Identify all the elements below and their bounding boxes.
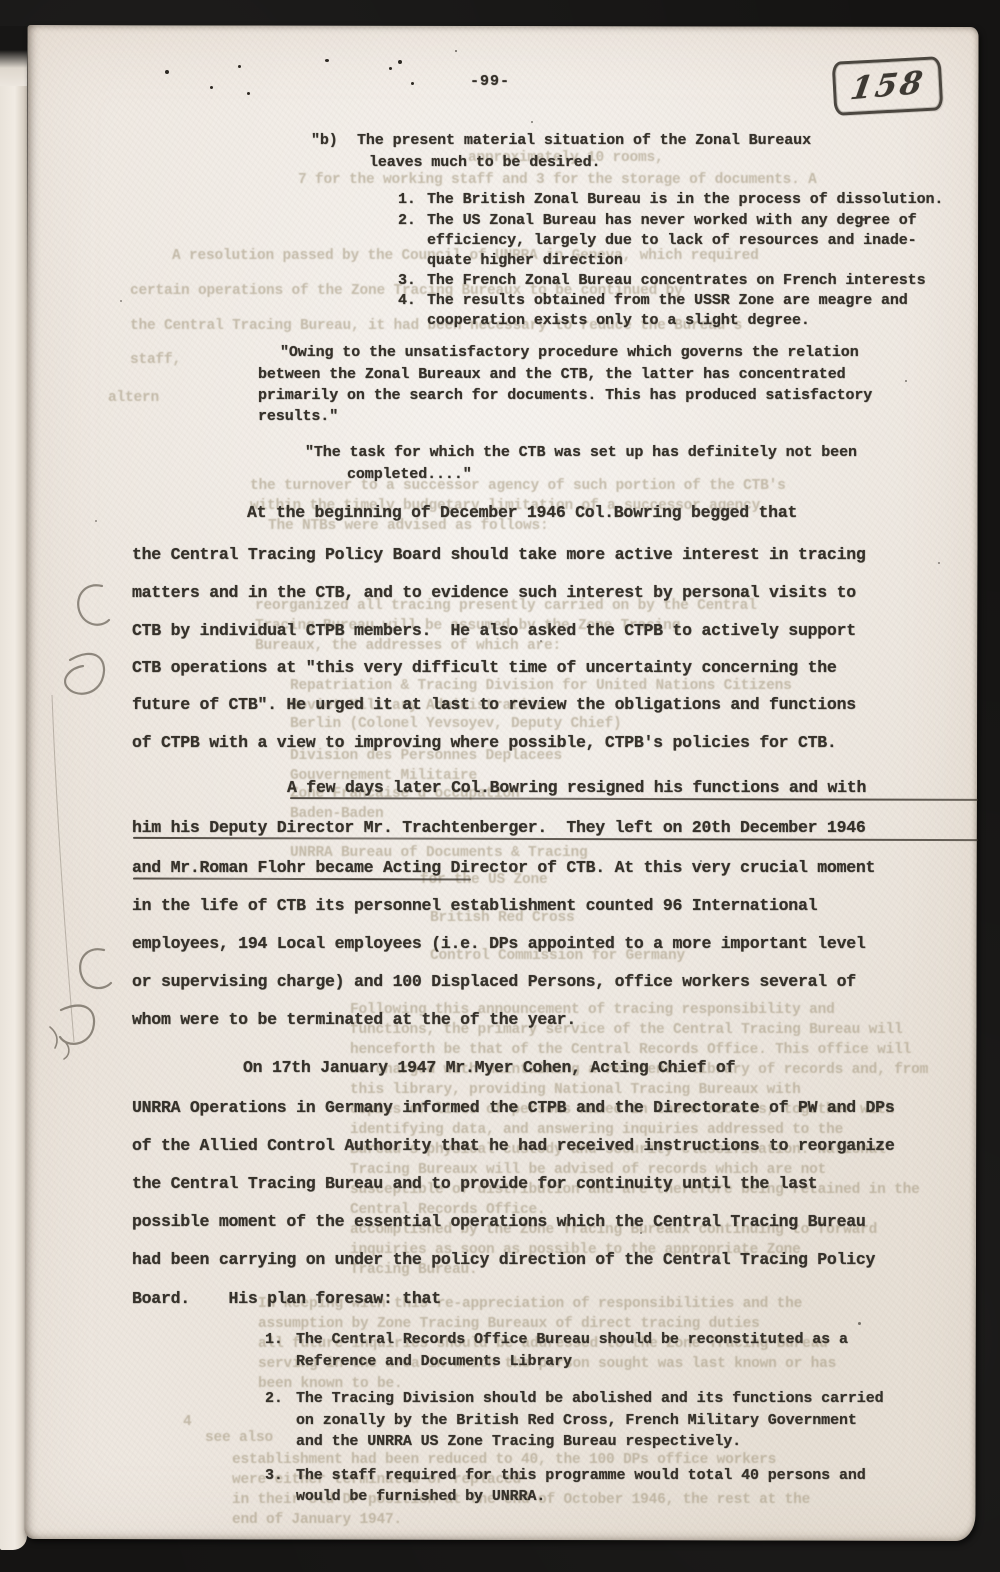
body-line: of the Allied Control Authority that he … xyxy=(132,1138,894,1155)
ink-speck xyxy=(540,640,542,642)
list1-item-number: 4. xyxy=(398,293,416,308)
bleed-through-text-line: end of January 1947. xyxy=(232,1512,402,1528)
list2-item-line: The Central Records Office Bureau should… xyxy=(296,1332,848,1347)
bleed-through-text-line: Berlin (Colonel Yevsoyev, Deputy Chief) xyxy=(290,716,622,732)
list1-item-number: 1. xyxy=(398,192,416,207)
list1-item-number: 3. xyxy=(398,273,416,288)
ink-speck xyxy=(210,86,213,89)
list2-item-line: would be furnished by UNRRA. xyxy=(296,1489,545,1504)
bleed-through-text-line: this library, providing National Tracing… xyxy=(350,1082,801,1098)
body-line: and Mr.Roman Flohr became Acting Directo… xyxy=(132,860,875,877)
list1-item-line: efficiency, largely due to lack of resou… xyxy=(427,233,917,248)
quote-b-line: leaves much to be desired. xyxy=(369,155,600,170)
underlying-page-edge xyxy=(0,84,27,1550)
body-line: employees, 194 Local employees (i.e. DPs… xyxy=(132,936,866,953)
body-line: had been carrying on under the policy di… xyxy=(132,1252,875,1269)
bleed-through-text-line: henceforth be that of the Central Record… xyxy=(350,1042,911,1058)
ink-speck xyxy=(858,1322,861,1325)
list2-item-line: The Tracing Division should be abolished… xyxy=(296,1391,884,1406)
list1-item-line: The results obtained from the USSR Zone … xyxy=(427,293,908,308)
bleed-through-text-line: assumption by Zone Tracing Bureaux of di… xyxy=(258,1316,760,1332)
list1-item-line: The French Zonal Bureau concentrates on … xyxy=(427,273,925,288)
bleed-through-text-line: 4 xyxy=(183,1414,192,1430)
body-line: A few days later Col.Bowring resigned hi… xyxy=(287,780,866,797)
body-line: whom were to be terminated at the of the… xyxy=(132,1012,576,1029)
bleed-through-text-line: 7 for the working staff and 3 for the st… xyxy=(298,172,817,188)
body-line: UNRRA Operations in Germany informed the… xyxy=(132,1100,894,1117)
quote-owing-line: between the Zonal Bureaux and the CTB, t… xyxy=(258,367,846,382)
ink-speck xyxy=(455,50,457,52)
ink-speck xyxy=(247,92,250,95)
ink-speck xyxy=(95,520,97,522)
bleed-through-text-line: Repatriation & Tracing Division for Unit… xyxy=(290,678,792,694)
list2-item-line: Reference and Documents Library xyxy=(296,1354,572,1369)
ink-speck xyxy=(238,65,241,68)
body-line: Board. His plan foresaw: that xyxy=(132,1291,441,1308)
quote-b-label: "b) xyxy=(311,133,338,148)
bleed-through-text-line: Bureaux, the addresses of which are: xyxy=(255,638,561,654)
body-line: or supervising charge) and 100 Displaced… xyxy=(132,974,856,991)
ink-speck xyxy=(120,300,122,302)
quote-task-line: completed...." xyxy=(347,467,472,482)
ink-speck xyxy=(325,59,329,62)
body-line: the Central Tracing Bureau and to provid… xyxy=(132,1176,817,1193)
list2-item-number: 3. xyxy=(265,1468,283,1483)
body-line: CTB operations at "this very difficult t… xyxy=(132,660,837,677)
body-line: possible moment of the essential operati… xyxy=(132,1214,866,1231)
ink-speck xyxy=(411,82,414,85)
bleed-through-text-line: the turnover to a successor agency of su… xyxy=(250,478,786,494)
ink-speck xyxy=(398,60,402,64)
ink-speck xyxy=(905,380,907,382)
stamp-number: 158 xyxy=(848,65,928,108)
list2-item-number: 2. xyxy=(265,1391,283,1406)
body-line: CTB by individual CTPB members. He also … xyxy=(132,623,856,640)
document-scan: approximately 10 rooms,7 for the working… xyxy=(0,0,1000,1572)
page-stamp: 158 xyxy=(832,56,944,116)
list1-item-number: 2. xyxy=(398,213,416,228)
body-line: in the life of CTB its personnel establi… xyxy=(132,898,817,915)
ink-speck xyxy=(938,562,940,564)
quote-b-line: The present material situation of the Zo… xyxy=(357,133,811,148)
list2-item-line: on zonally by the British Red Cross, Fre… xyxy=(296,1413,857,1428)
quote-owing-line: results." xyxy=(258,409,338,424)
ink-speck xyxy=(389,67,392,70)
list2-item-line: and the UNRRA US Zone Tracing Bureau res… xyxy=(296,1434,741,1449)
body-line: the Central Tracing Policy Board should … xyxy=(132,547,866,564)
page-number: -99- xyxy=(470,74,510,89)
ink-speck xyxy=(165,70,169,74)
quote-task-line: "The task for which the CTB was set up h… xyxy=(305,445,857,460)
bleed-through-text-line: see also xyxy=(205,1430,273,1446)
bleed-through-text-line: establishment had been reduced to 40, th… xyxy=(232,1452,776,1468)
ink-speck xyxy=(640,1232,642,1234)
body-line: matters and in the CTB, and to evidence … xyxy=(132,585,856,602)
body-line: him his Deputy Director Mr. Trachtenberg… xyxy=(132,820,866,837)
ink-speck xyxy=(531,121,533,123)
list1-item-line: The British Zonal Bureau is in the proce… xyxy=(427,192,943,207)
list2-item-line: The staff required for this programme wo… xyxy=(296,1468,866,1483)
body-line: of CTPB with a view to improving where p… xyxy=(132,735,837,752)
body-line: future of CTB". He urged it at last to r… xyxy=(132,697,856,714)
quote-owing-line: primarily on the search for documents. T… xyxy=(258,388,872,403)
list1-item-line: cooperation exists only to a slight degr… xyxy=(427,313,810,328)
bleed-through-text-line: altern xyxy=(108,390,159,406)
body-line: At the beginning of December 1946 Col.Bo… xyxy=(247,505,797,522)
list1-item-line: quate higher direction xyxy=(427,253,623,268)
list2-item-number: 1. xyxy=(265,1332,283,1347)
quote-owing-line: "Owing to the unsatisfactory procedure w… xyxy=(280,345,859,360)
list1-item-line: The US Zonal Bureau has never worked wit… xyxy=(427,213,917,228)
body-line: On 17th January 1947 Mr.Myer Cohen, Acti… xyxy=(243,1060,735,1077)
bleed-through-text-line: staff, xyxy=(130,352,181,368)
